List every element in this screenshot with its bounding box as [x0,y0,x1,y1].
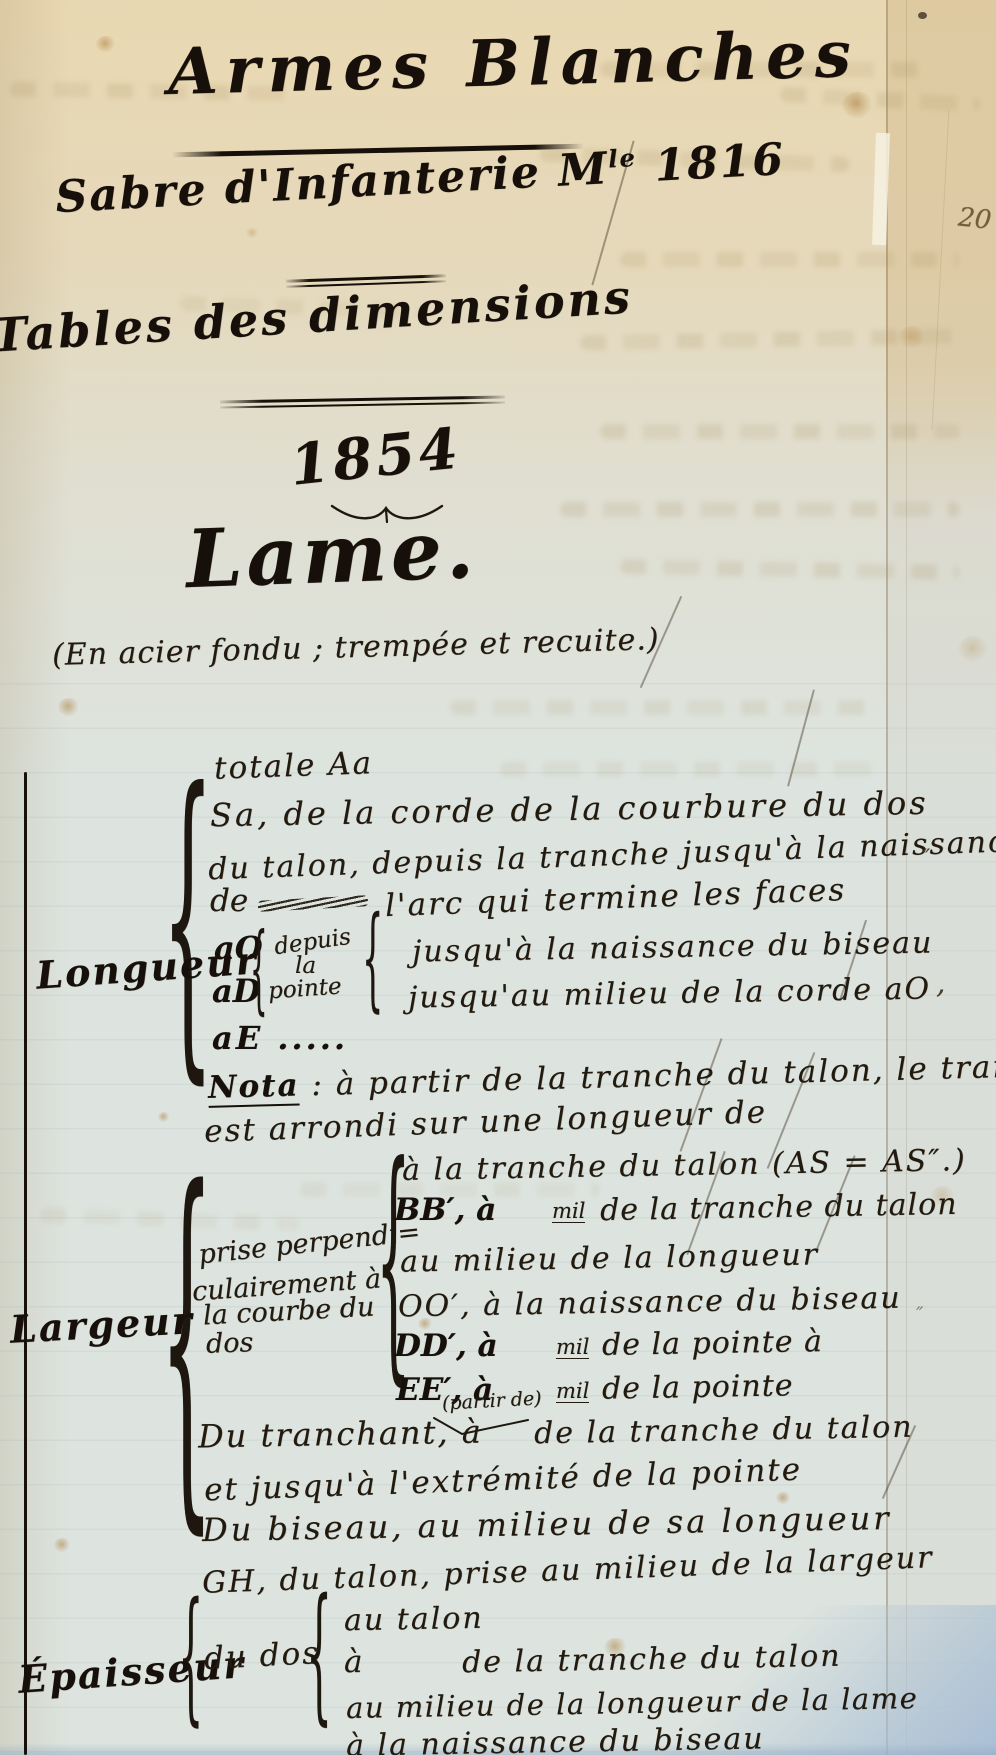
epaisseur-inner-brace: { [306,1585,332,1725]
bleed-through-smudge [620,559,960,580]
stain [958,636,990,662]
year-heading: 1854 [287,419,464,495]
largeur-line1: à la tranche du talon (AS = AS″.) [402,1145,967,1186]
depuis-brace: { [250,924,268,1016]
page-edge-line-2 [906,0,907,1755]
largeur-dd-unit: mil [556,1336,589,1359]
part-subtitle: (En acier fondu ; trempée et recuite.) [52,624,660,671]
largeur-perp4: dos [206,1329,254,1359]
longueur-pointe: pointe [267,974,342,1003]
largeur-ee-suffix: de la pointe [602,1370,794,1405]
stain [96,36,116,52]
margin-page-number: 20 [957,204,993,235]
weapon-model-text: Sabre d'Infanterie M [54,143,610,223]
model-superscript: le [607,143,637,173]
ditto-mark: ″ [922,846,930,871]
row-label-largeur: Largeur [9,1300,195,1349]
largeur-bb-prefix: BB′, à [394,1194,496,1227]
epaisseur-line1: au talon [344,1603,484,1637]
longueur-arc-prefix: de [210,885,248,918]
largeur-dd-suffix: de la pointe à [602,1326,823,1361]
insertion-caret [432,1414,532,1438]
longueur-jusqua1: jusqu'à la naissance du biseau [412,927,934,968]
bleed-through-smudge [500,762,880,777]
largeur-perp3: la courbe du [202,1294,375,1331]
check-slash [787,689,815,786]
largeur-bb-suffix: de la tranche du talon [600,1189,958,1227]
jusqua-brace: { [362,906,383,1012]
tranchant-suffix: de la tranche du talon [534,1412,914,1450]
longueur-sa-line1: Sa, de la corde de la courbure du dos [210,787,929,833]
bleed-through-smudge [580,329,960,351]
stain [246,228,259,238]
longueur-jusqua2: jusqu'au milieu de la corde aO [408,973,932,1014]
epaisseur-dudos: du dos [203,1637,321,1676]
bleed-through-smudge [620,252,960,267]
tranchant-insertion: (partir de) [442,1389,543,1414]
epaisseur-line3: au milieu de la longueur de la lame [346,1683,919,1723]
stain [898,326,926,348]
largeur-bb-unit: mil [552,1200,585,1223]
longueur-sa-line2: du talon, depuis la tranche jusqu'à la n… [208,826,996,886]
stain [54,1538,71,1552]
longueur-totale-line: totale Aa [213,747,373,785]
model-year: 1816 [636,134,786,193]
ditto-mark-2: ″ [916,1302,923,1326]
longueur-arc-suffix: l'arc qui termine les faces [385,874,847,923]
longueur-brace: { [162,760,214,1076]
epaisseur-line2-prefix: à [344,1646,362,1679]
bleed-through-smudge [560,502,960,517]
manuscript-page: Armes Blanches Sabre d'Infanterie Mle 18… [0,0,996,1755]
left-column-rule [24,772,27,1755]
largeur-ee-unit: mil [556,1380,589,1403]
epaisseur-line4: à la naissance du biseau [346,1723,765,1755]
part-title: Lame. [185,507,479,601]
stain [58,698,80,716]
biseau-line: Du biseau, au milieu de sa longueur [202,1502,892,1548]
epaisseur-line2-suffix: de la tranche du talon [462,1641,842,1679]
nota-label: Nota [208,1067,300,1107]
largeur-dd-prefix: DD′, à [394,1330,498,1363]
stain [842,92,874,118]
ink-speck [918,12,927,19]
struck-out-word [258,895,368,912]
left-edge-shade [0,0,70,1755]
largeur-line4: OO′, à la naissance du biseau [398,1283,902,1323]
tranchant-line2: et jusqu'à l'extrémité de la pointe [204,1454,803,1507]
largeur-line3: au milieu de la longueur [400,1239,820,1278]
section-double-underline [220,396,505,412]
comma-mark: , [936,966,946,1001]
nota-text: : à partir de la tranche du talon, le tr… [299,1046,996,1103]
longueur-ae: aE ..... [212,1022,348,1056]
page-edge-line-3 [932,110,950,430]
document-title: Armes Blanches [167,21,859,106]
